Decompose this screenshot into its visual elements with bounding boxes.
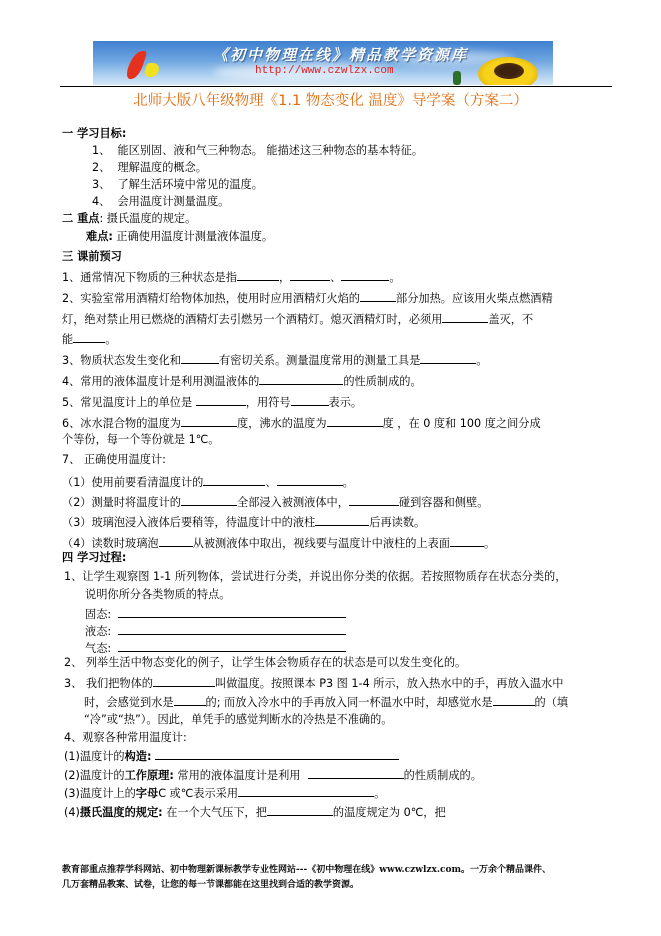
preview-q4: 4、常用的液体温度计是利用测温液体的的性质制成的。: [62, 373, 422, 389]
q-bold: 工作原理:: [125, 769, 174, 782]
fill-blank[interactable]: [349, 494, 399, 506]
fill-blank[interactable]: [181, 494, 237, 506]
difficulty-label: 难点:: [86, 230, 113, 243]
goal-item: 2、 理解温度的概念。: [92, 161, 207, 175]
preview-q6-line2: 个等份，每一个等份就是 1℃。: [62, 433, 220, 447]
fill-blank[interactable]: [291, 394, 329, 406]
goal-item: 3、 了解生活环境中常见的温度。: [92, 178, 263, 192]
q-text: 。: [476, 354, 487, 367]
goal-num: 4、: [92, 195, 110, 208]
q-text: 、: [265, 476, 276, 489]
q-text: 1、通常情况下物质的三种状态是指: [62, 271, 237, 284]
site-banner: 《初中物理在线》精品教学资源库 http://www.czwlzx.com: [93, 41, 553, 85]
q-text: (4): [64, 806, 80, 819]
q-text: 。: [105, 333, 116, 346]
goal-text: 了解生活环境中常见的温度。: [117, 178, 262, 191]
goal-num: 1、: [92, 144, 110, 157]
q-text: (1)温度计的: [64, 750, 125, 763]
goal-num: 3、: [92, 178, 110, 191]
q-text: 在一个大气压下，把: [163, 806, 267, 819]
q-text: (2)温度计的: [64, 769, 125, 782]
q-text: 度，沸水的温度为: [237, 417, 327, 430]
goal-text: 能区别固、液和气三种物态。 能描述这三种物态的基本特征。: [117, 144, 423, 157]
fill-blank[interactable]: [277, 474, 343, 486]
preview-q7-s1: （1）使用前要看清温度计的、。: [62, 474, 354, 490]
q-text: （3）玻璃泡浸入液体后要稍等，待温度计中的液柱: [62, 516, 315, 529]
solid-row: 固态:: [85, 606, 346, 622]
liquid-row: 液态:: [85, 623, 346, 639]
process-p3-line2: 时，会感觉到水是的; 而放入冷水中的手再放入同一杯温水中时，却感觉水是的（填: [84, 694, 568, 710]
gas-row: 气态:: [85, 640, 346, 656]
preview-q6-line1: 6、冰水混合物的温度为度，沸水的温度为度 ，在 0 度和 100 度之间分成: [62, 415, 541, 431]
q-text: 时，会感觉到水是: [84, 696, 174, 709]
preview-q1: 1、通常情况下物质的三种状态是指，、。: [62, 269, 401, 285]
fill-blank[interactable]: [290, 269, 330, 281]
preview-q2-line2: 灯，绝对禁止用已燃烧的酒精灯去引燃另一个酒精灯。熄灭酒精灯时，必须用盖灭，不: [62, 311, 533, 327]
q-text: 。: [389, 271, 400, 284]
q-text: 盖灭，不: [488, 313, 533, 326]
fill-blank[interactable]: [73, 331, 105, 343]
q-text: 的; 而放入冷水中的手再放入同一杯温水中时，却感觉水是: [206, 696, 493, 709]
q-text: ，用符号: [246, 396, 291, 409]
q-text: （4）读数时玻璃泡: [62, 537, 159, 550]
preview-q7-heading: 7、 正确使用温度计:: [62, 453, 166, 467]
process-p3-line1: 3、 我们把物体的叫做温度。按照课本 P3 图 1-4 所示，放入热水中的手，再…: [64, 675, 563, 691]
fill-blank[interactable]: [196, 394, 246, 406]
footer-line-2: 几万套精品教案、试卷，让您的每一节课都能在这里找到合适的教学资源。: [62, 877, 359, 890]
fill-blank[interactable]: [420, 352, 476, 364]
process-p3-line3: “冷”或“热”）。因此，单凭手的感觉判断水的冷热是不准确的。: [84, 713, 392, 727]
fill-blank[interactable]: [493, 694, 535, 706]
q-text: 3、物质状态发生变化和: [62, 354, 181, 367]
difficulty-text: 正确使用温度计测量液体温度。: [113, 230, 273, 243]
fill-blank[interactable]: [267, 804, 333, 816]
preview-q2-line1: 2、实验室常用酒精灯给物体加热，使用时应用酒精灯火焰的部分加热。应该用火柴点燃酒…: [62, 290, 553, 306]
q-text: 的（填: [535, 696, 569, 709]
q-text: 5、常见温度计上的单位是: [62, 396, 192, 409]
sunflower-icon: [478, 57, 538, 85]
q-text: 常用的液体温度计是利用: [174, 769, 301, 782]
fill-blank[interactable]: [181, 352, 219, 364]
fill-blank[interactable]: [308, 767, 404, 779]
goal-item: 4、 会用温度计测量温度。: [92, 195, 229, 209]
process-p4-heading: 4、观察各种常用温度计:: [64, 731, 187, 745]
q-text: 碰到容器和侧壁。: [399, 496, 489, 509]
process-p4-s4: (4)摄氏温度的规定: 在一个大气压下，把的温度规定为 0℃，把: [64, 804, 446, 820]
process-p4-s2: (2)温度计的工作原理: 常用的液体温度计是利用 的性质制成的。: [64, 767, 482, 783]
preview-q5: 5、常见温度计上的单位是 ，用符号表示。: [62, 394, 362, 410]
q-bold: 构造:: [125, 750, 152, 763]
q-text: 能: [62, 333, 73, 346]
fill-blank[interactable]: [181, 415, 237, 427]
fill-blank[interactable]: [118, 606, 346, 618]
q-text: 。: [374, 787, 385, 800]
fill-blank[interactable]: [159, 535, 193, 547]
document-title: 北师大版八年级物理《1.1 物态变化 温度》导学案（方案二）: [0, 89, 661, 110]
fill-blank[interactable]: [203, 474, 265, 486]
q-text: 全部浸入被测液体中，: [237, 496, 349, 509]
q-text: 后再读数。: [369, 516, 425, 529]
leaf-icon: [453, 71, 461, 85]
fill-blank[interactable]: [259, 373, 343, 385]
q-text: (3)温度计上的: [64, 787, 136, 800]
q-text: 4、常用的液体温度计是利用测温液体的: [62, 375, 259, 388]
liquid-label: 液态:: [85, 625, 111, 638]
fill-blank[interactable]: [118, 623, 346, 635]
header-divider: [60, 86, 612, 87]
q-text: 2、实验室常用酒精灯给物体加热，使用时应用酒精灯火焰的: [62, 292, 360, 305]
q-text: （2）测量时将温度计的: [62, 496, 181, 509]
preview-heading: 三 课前预习: [62, 250, 122, 264]
q-text: 有密切关系。测量温度常用的测量工具是: [219, 354, 420, 367]
q-text: 、: [330, 271, 341, 284]
q-text: 。: [484, 537, 495, 550]
fill-blank[interactable]: [450, 535, 484, 547]
q-text: 灯，绝对禁止用已燃烧的酒精灯去引燃另一个酒精灯。熄灭酒精灯时，必须用: [62, 313, 442, 326]
fill-blank[interactable]: [442, 311, 488, 323]
process-p1-line1: 1、让学生观察图 1-1 所列物体，尝试进行分类，并说出你分类的依据。若按照物质…: [64, 570, 566, 584]
fill-blank[interactable]: [360, 290, 396, 302]
q-text: 的温度规定为 0℃，把: [333, 806, 446, 819]
q-text: 6、冰水混合物的温度为: [62, 417, 181, 430]
q-text: 的性质制成的。: [343, 375, 421, 388]
key-point-line: 二 重点: 摄氏温度的规定。: [62, 212, 196, 226]
q-text: （1）使用前要看清温度计的: [62, 476, 203, 489]
fill-blank[interactable]: [238, 785, 374, 797]
goal-item: 1、 能区别固、液和气三种物态。 能描述这三种物态的基本特征。: [92, 144, 423, 158]
q-bold: 字母: [136, 787, 158, 800]
q-text: 3、 我们把物体的: [64, 677, 153, 690]
fill-blank[interactable]: [237, 269, 279, 281]
banner-url: http://www.czwlzx.com: [255, 65, 394, 77]
q-text: 部分加热。应该用火柴点燃酒精: [396, 292, 553, 305]
key-point-text: : 摄氏温度的规定。: [99, 212, 196, 225]
key-point-heading: 二 重点: [62, 212, 99, 225]
banner-title: 《初中物理在线》精品教学资源库: [213, 44, 468, 65]
difficulty-line: 难点: 正确使用温度计测量液体温度。: [86, 230, 273, 244]
goal-text: 理解温度的概念。: [117, 161, 207, 174]
q-text: 度 ，在 0 度和 100 度之间分成: [383, 417, 541, 430]
q-text: 的性质制成的。: [404, 769, 482, 782]
q-text: 叫做温度。按照课本 P3 图 1-4 所示，放入热水中的手，再放入温水中: [215, 677, 563, 690]
process-heading: 四 学习过程:: [62, 551, 126, 565]
q-text: 表示。: [329, 396, 363, 409]
q-text: ，: [279, 271, 290, 284]
process-p4-s3: (3)温度计上的字母C 或℃表示采用。: [64, 785, 385, 801]
fill-blank[interactable]: [155, 748, 399, 760]
footer-line-1: 教育部重点推荐学科网站、初中物理新课标教学专业性网站---《初中物理在线》www…: [62, 862, 551, 875]
process-p2: 2、 列举生活中物态变化的例子，让学生体会物质存在的状态是可以发生变化的。: [64, 656, 466, 670]
q-text: 从被测液体中取出，视线要与温度计中液柱的上表面: [193, 537, 450, 550]
goal-text: 会用温度计测量温度。: [117, 195, 229, 208]
lv-logo-icon-yellow: [143, 63, 162, 77]
process-p4-s1: (1)温度计的构造:: [64, 748, 399, 764]
preview-q3: 3、物质状态发生变化和有密切关系。测量温度常用的测量工具是。: [62, 352, 488, 368]
solid-label: 固态:: [85, 608, 111, 621]
preview-q2-line3: 能。: [62, 331, 116, 347]
fill-blank[interactable]: [341, 269, 389, 281]
gas-label: 气态:: [85, 642, 111, 655]
goals-heading: 一 学习目标:: [62, 127, 126, 141]
preview-q7-s2: （2）测量时将温度计的全部浸入被测液体中，碰到容器和侧壁。: [62, 494, 488, 510]
goal-num: 2、: [92, 161, 110, 174]
fill-blank[interactable]: [315, 514, 369, 526]
fill-blank[interactable]: [153, 675, 215, 687]
process-p1-line2: 说明你所分各类物质的特点。: [85, 588, 230, 602]
fill-blank[interactable]: [118, 640, 346, 652]
preview-q7-s4: （4）读数时玻璃泡从被测液体中取出，视线要与温度计中液柱的上表面。: [62, 535, 495, 551]
q-text: C 或℃表示采用: [158, 787, 238, 800]
preview-q7-s3: （3）玻璃泡浸入液体后要稍等，待温度计中的液柱后再读数。: [62, 514, 425, 530]
q-bold: 摄氏温度的规定:: [80, 806, 163, 819]
fill-blank[interactable]: [327, 415, 383, 427]
fill-blank[interactable]: [174, 694, 206, 706]
q-text: 。: [343, 476, 354, 489]
